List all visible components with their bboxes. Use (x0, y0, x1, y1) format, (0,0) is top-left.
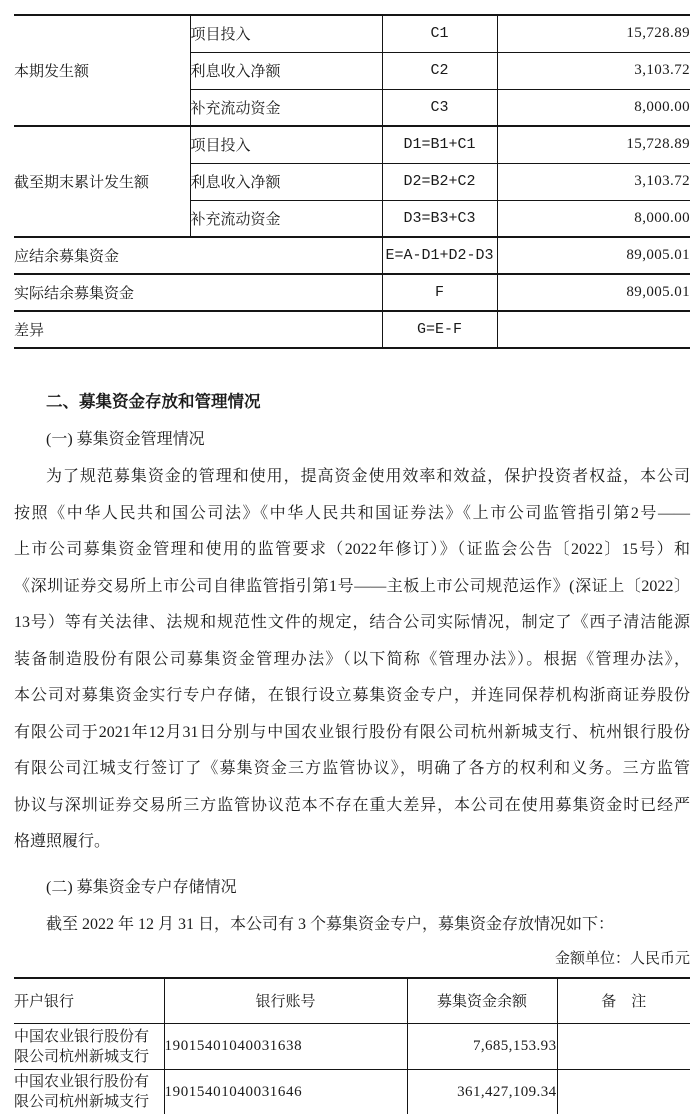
paragraph-line: 格遵照履行。 (14, 824, 690, 861)
formula-code: D2=B2+C2 (382, 163, 497, 200)
deposit-intro-line: 截至 2022 年 12 月 31 日，本公司有 3 个募集资金专户，募集资金存… (14, 913, 690, 937)
funds-summary-table: 本期发生额 项目投入 C1 15,728.89 利息收入净额 C2 3,103.… (14, 14, 690, 349)
subsection-1-title: (一) 募集资金管理情况 (46, 429, 700, 451)
account-number: 19015401040031638 (164, 1024, 407, 1070)
table-row: 实际结余募集资金 F 89,005.01 (14, 274, 690, 311)
paragraph-line: 装备制造股份有限公司募集资金管理办法》（以下简称《管理办法》）。根据《管理办法》… (14, 642, 690, 679)
table-row: 差异 G=E-F (14, 311, 690, 348)
note-cell (557, 1070, 690, 1114)
summary-label: 实际结余募集资金 (14, 274, 382, 311)
formula-code: D1=B1+C1 (382, 126, 497, 163)
special-accounts-table: 开户银行 银行账号 募集资金余额 备 注 中国农业银行股份有限公司杭州新城支行 … (14, 977, 690, 1114)
amount-value: 15,728.89 (497, 15, 690, 52)
paragraph-line: 上市公司募集资金管理和使用的监管要求（2022年修订）》（证监会公告〔2022〕… (14, 532, 690, 569)
paragraph-line: 本公司对募集资金实行专户存储，在银行设立募集资金专户，并连同保荐机构浙商证券股份 (14, 678, 690, 715)
table-header-row: 开户银行 银行账号 募集资金余额 备 注 (14, 978, 690, 1024)
balance-value: 361,427,109.34 (407, 1070, 557, 1114)
summary-label: 应结余募集资金 (14, 237, 382, 274)
balance-value: 7,685,153.93 (407, 1024, 557, 1070)
formula-code: E=A-D1+D2-D3 (382, 237, 497, 274)
table-row: 中国农业银行股份有限公司杭州新城支行 19015401040031646 361… (14, 1070, 690, 1114)
bank-name: 中国农业银行股份有限公司杭州新城支行 (14, 1024, 164, 1070)
formula-code: F (382, 274, 497, 311)
item-label: 补充流动资金 (190, 200, 382, 237)
amount-value: 8,000.00 (497, 89, 690, 126)
paragraph-line: 有限公司于2021年12月31日分别与中国农业银行股份有限公司杭州新城支行、杭州… (14, 715, 690, 752)
table-row: 中国农业银行股份有限公司杭州新城支行 19015401040031638 7,6… (14, 1024, 690, 1070)
section-title: 二、募集资金存放和管理情况 (46, 391, 700, 413)
paragraph-line: 协议与深圳证券交易所三方监管协议范本不存在重大差异，本公司在使用募集资金时已经严 (14, 788, 690, 825)
paragraph-line: 13号）等有关法律、法规和规范性文件的规定，结合公司实际情况，制定了《西子清洁能… (14, 605, 690, 642)
paragraph-line: 《深圳证券交易所上市公司自律监管指引第1号——主板上市公司规范运作》(深证上〔2… (14, 569, 690, 606)
table-row: 本期发生额 项目投入 C1 15,728.89 (14, 15, 690, 52)
amount-value: 8,000.00 (497, 200, 690, 237)
item-label: 项目投入 (190, 15, 382, 52)
account-number: 19015401040031646 (164, 1070, 407, 1114)
header-balance: 募集资金余额 (407, 978, 557, 1024)
amount-unit-note: 金额单位：人民币元 (14, 949, 690, 969)
bank-name: 中国农业银行股份有限公司杭州新城支行 (14, 1070, 164, 1114)
item-label: 利息收入净额 (190, 52, 382, 89)
amount-value: 89,005.01 (497, 274, 690, 311)
group-label-cumulative: 截至期末累计发生额 (14, 126, 190, 237)
item-label: 利息收入净额 (190, 163, 382, 200)
amount-value: 89,005.01 (497, 237, 690, 274)
formula-code: D3=B3+C3 (382, 200, 497, 237)
amount-value: 3,103.72 (497, 163, 690, 200)
amount-value (497, 311, 690, 348)
paragraph-line: 有限公司江城支行签订了《募集资金三方监管协议》，明确了各方的权利和义务。三方监管 (14, 751, 690, 788)
header-account: 银行账号 (164, 978, 407, 1024)
amount-value: 15,728.89 (497, 126, 690, 163)
management-paragraph: 为了规范募集资金的管理和使用，提高资金使用效率和效益，保护投资者权益，本公司 按… (14, 459, 690, 861)
formula-code: C2 (382, 52, 497, 89)
table-row: 应结余募集资金 E=A-D1+D2-D3 89,005.01 (14, 237, 690, 274)
paragraph-line: 为了规范募集资金的管理和使用，提高资金使用效率和效益，保护投资者权益，本公司 (14, 459, 690, 496)
header-bank: 开户银行 (14, 978, 164, 1024)
table-row: 截至期末累计发生额 项目投入 D1=B1+C1 15,728.89 (14, 126, 690, 163)
summary-label: 差异 (14, 311, 382, 348)
item-label: 项目投入 (190, 126, 382, 163)
note-cell (557, 1024, 690, 1070)
paragraph-line: 按照《中华人民共和国公司法》《中华人民共和国证券法》《上市公司监管指引第2号—— (14, 496, 690, 533)
header-note: 备 注 (557, 978, 690, 1024)
subsection-2-title: (二) 募集资金专户存储情况 (46, 877, 700, 899)
formula-code: G=E-F (382, 311, 497, 348)
item-label: 补充流动资金 (190, 89, 382, 126)
group-label-current-period: 本期发生额 (14, 15, 190, 126)
formula-code: C1 (382, 15, 497, 52)
formula-code: C3 (382, 89, 497, 126)
amount-value: 3,103.72 (497, 52, 690, 89)
document-page: 本期发生额 项目投入 C1 15,728.89 利息收入净额 C2 3,103.… (0, 0, 700, 1114)
